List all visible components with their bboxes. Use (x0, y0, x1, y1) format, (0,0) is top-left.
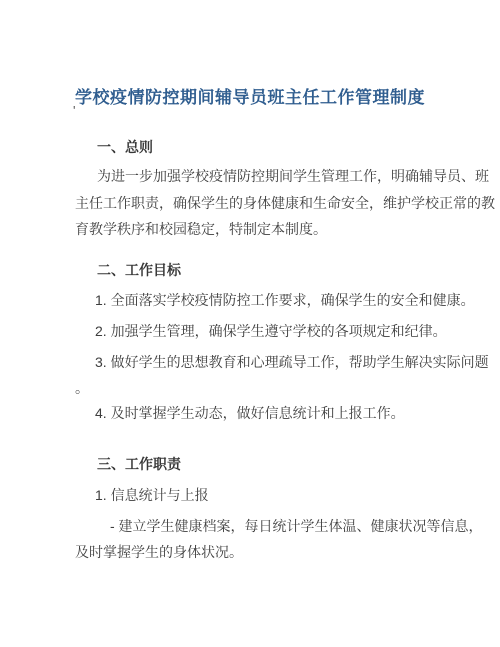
sub-list-item-health-record: - 建立学生健康档案，每日统计学生体温、健康状况等信息， (110, 518, 483, 534)
paragraph-line: 育教学秩序和校园稳定，特制定本制度。 (75, 221, 327, 237)
list-item-4: 4. 及时掌握学生动态，做好信息统计和上报工作。 (95, 405, 405, 421)
section-heading-duties: 三、工作职责 (97, 456, 181, 472)
list-item-3: 3. 做好学生的思想教育和心理疏导工作，帮助学生解决实际问题 (95, 354, 489, 370)
list-item-1: 1. 全面落实学校疫情防控工作要求，确保学生的安全和健康。 (95, 292, 475, 308)
paragraph-line: 为进一步加强学校疫情防控期间学生管理工作，明确辅导员、班 (97, 168, 489, 184)
paragraph-line: 主任工作职责，确保学生的身体健康和生命安全，维护学校正常的教 (75, 195, 495, 211)
sub-heading-info-report: 1. 信息统计与上报 (95, 487, 209, 503)
stray-apostrophe-mark: ' (73, 103, 75, 118)
section-heading-general: 一、总则 (97, 139, 153, 155)
list-item-2: 2. 加强学生管理，确保学生遵守学校的各项规定和纪律。 (95, 323, 447, 339)
section-heading-goals: 二、工作目标 (97, 262, 181, 278)
list-item-3-continuation: 。 (75, 380, 89, 396)
document-page: 学校疫情防控期间辅导员班主任工作管理制度 ' 一、总则 为进一步加强学校疫情防控… (0, 0, 500, 647)
sub-list-item-continuation: 及时掌握学生的身体状况。 (75, 544, 243, 560)
